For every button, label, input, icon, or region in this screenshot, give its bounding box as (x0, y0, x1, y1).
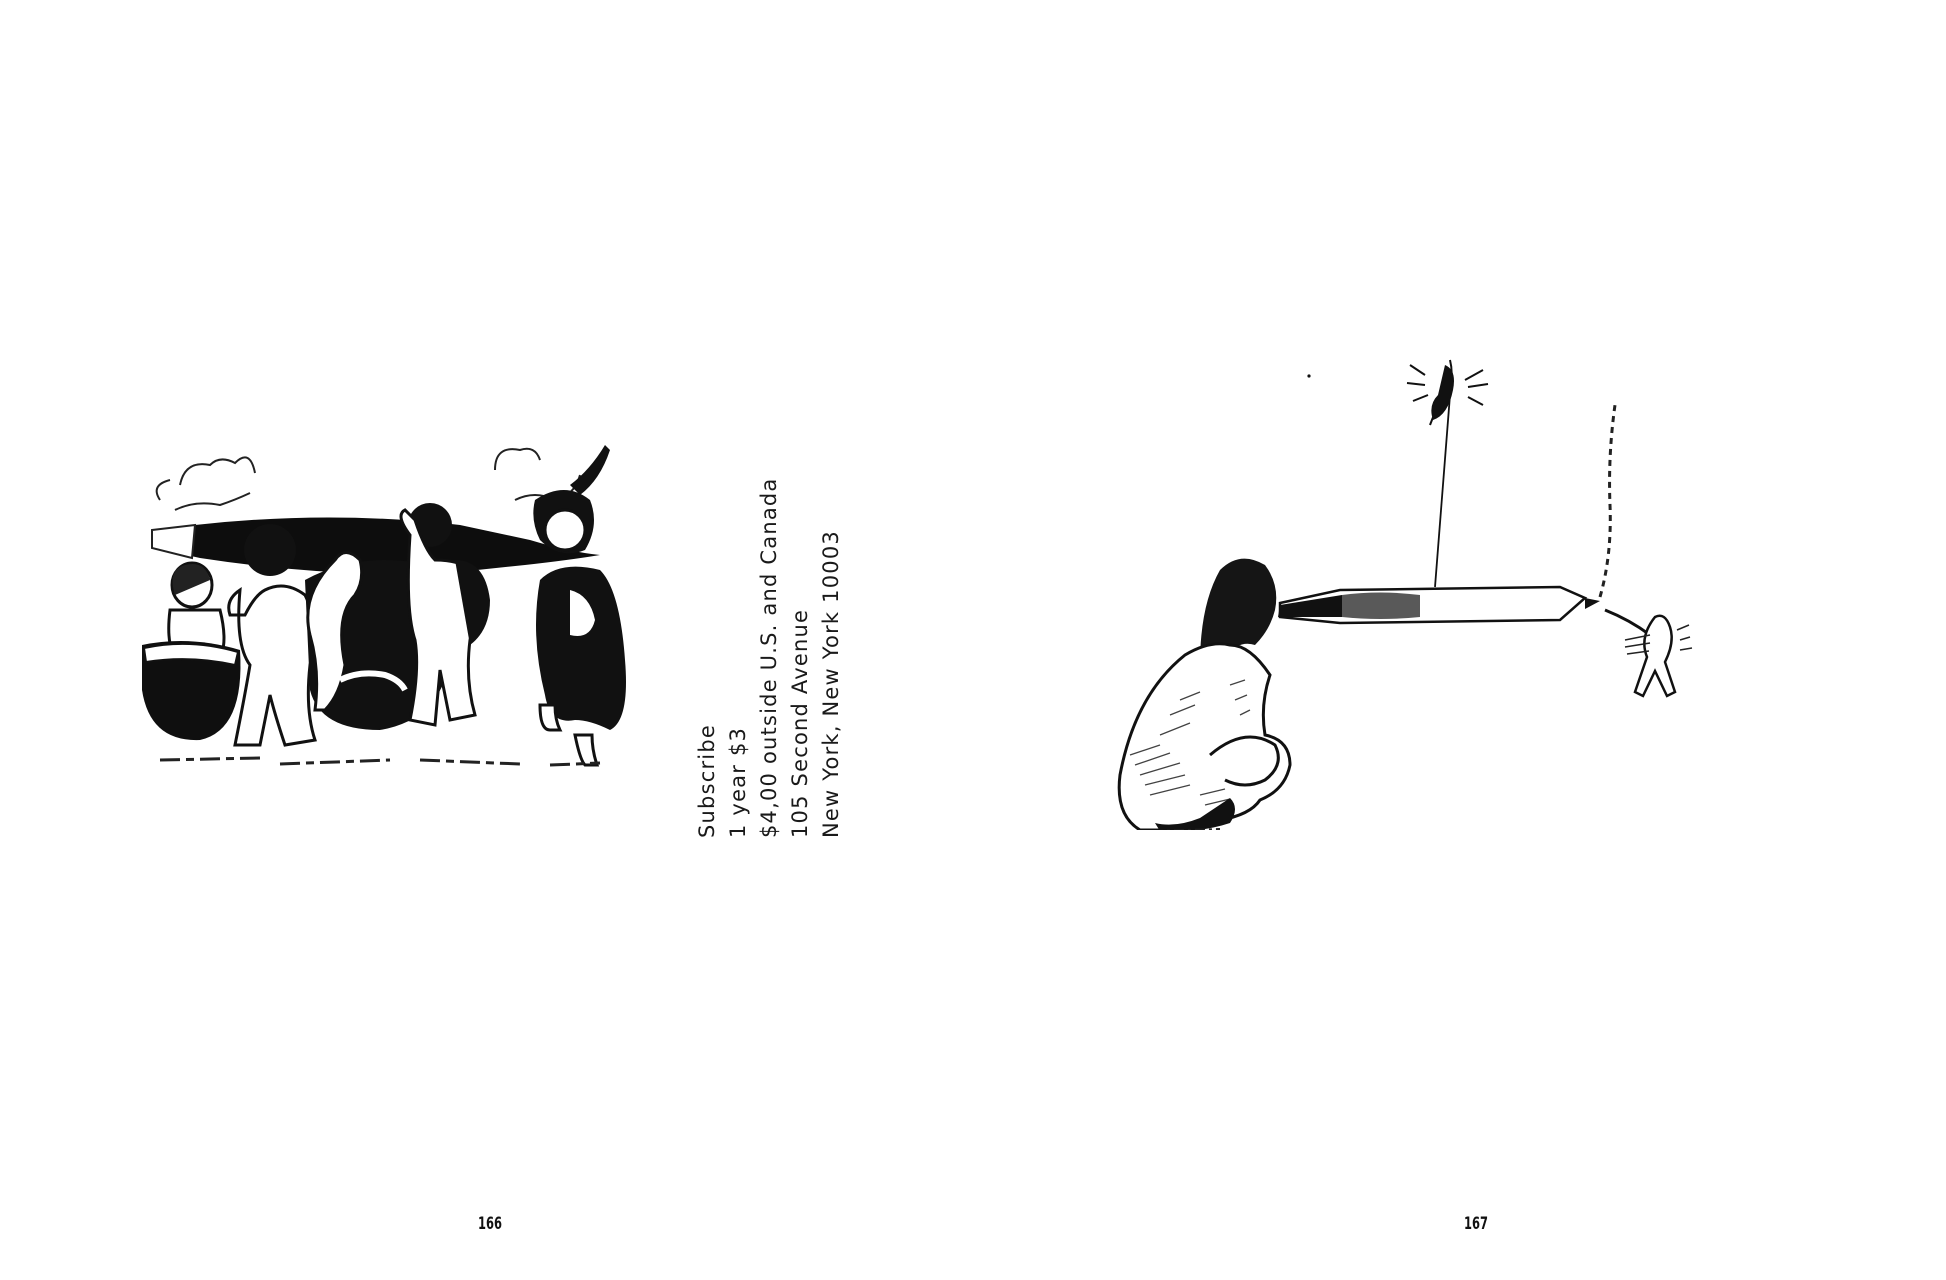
crouching-figure-smoking-giant-joint-illustration (1080, 355, 1800, 830)
cherubs-carrying-giant-cigar-illustration (130, 430, 690, 830)
page-number-right: 167 (1464, 1214, 1488, 1234)
subscribe-address-street: 105 Second Avenue (785, 477, 816, 838)
left-page: Subscribe 1 year $3 $4,00 outside U.S. a… (0, 0, 973, 1280)
subscribe-address-city: New York, New York 10003 (816, 477, 847, 838)
page-number-left: 166 (478, 1214, 502, 1234)
subscribe-price-foreign: $4,00 outside U.S. and Canada (754, 477, 785, 838)
subscribe-heading: Subscribe (692, 477, 723, 838)
subscribe-price-domestic: 1 year $3 (723, 477, 754, 838)
subscription-notice: Subscribe 1 year $3 $4,00 outside U.S. a… (692, 477, 847, 838)
